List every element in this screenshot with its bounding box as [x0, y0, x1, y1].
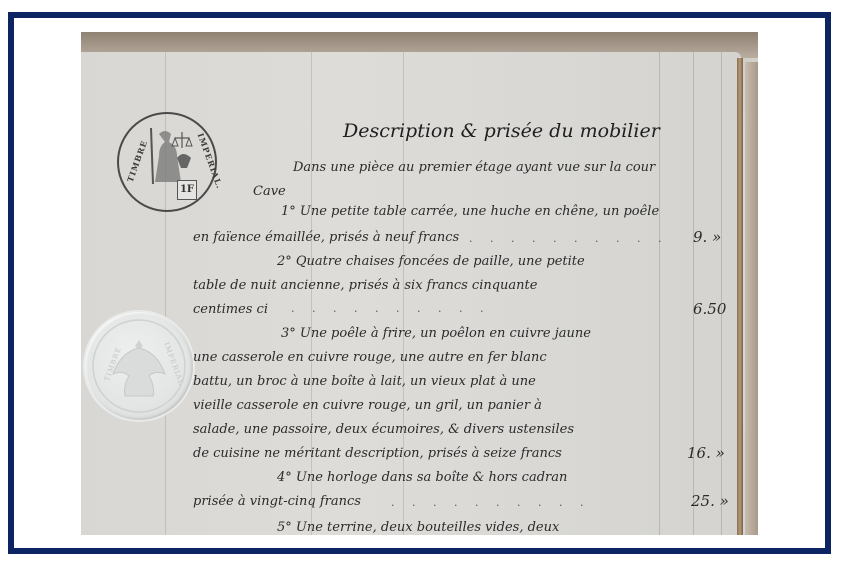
manuscript-line: salade, une passoire, deux écumoires, & … [193, 422, 574, 437]
manuscript-line: prisée à vingt-cinq francs [193, 494, 361, 509]
manuscript-line: Cave [253, 184, 286, 199]
amount-value: 6.50 [693, 300, 726, 318]
margin-ruling-line [693, 52, 694, 535]
margin-ruling-line [721, 52, 722, 535]
amount-value: 16. » [687, 444, 725, 462]
manuscript-line: en faïence émaillée, prisés à neuf franc… [193, 230, 459, 245]
manuscript-photo: TIMBRE IMPERIAL. 1F TIMBRE IMPERIAL Desc… [81, 32, 758, 535]
dot-leader: . . . . . . . . . . [391, 496, 590, 509]
page-stack-edge [745, 62, 758, 535]
page-edge [737, 58, 743, 535]
amount-value: 25. » [691, 492, 729, 510]
timbre-imperial-stamp: TIMBRE IMPERIAL. 1F [117, 112, 217, 212]
manuscript-line: 2° Quatre chaises foncées de paille, une… [277, 254, 585, 269]
manuscript-line: table de nuit ancienne, prisés à six fra… [193, 278, 537, 293]
amount-value: 9. » [693, 228, 721, 246]
manuscript-line: 3° Une poêle à frire, un poêlon en cuivr… [281, 326, 591, 341]
document-title: Description & prisée du mobilier [343, 120, 660, 142]
manuscript-line: vieille casserole en cuivre rouge, un gr… [193, 398, 542, 413]
dot-leader: . . . . . . . . . . [469, 232, 668, 245]
manuscript-line: 1° Une petite table carrée, une huche en… [281, 204, 659, 219]
manuscript-line: 5° Une terrine, deux bouteilles vides, d… [277, 520, 559, 535]
manuscript-line: Dans une pièce au premier étage ayant vu… [293, 160, 655, 175]
paper-fold-line [311, 52, 312, 535]
embossed-seal: TIMBRE IMPERIAL [85, 312, 193, 420]
manuscript-line: une casserole en cuivre rouge, une autre… [193, 350, 547, 365]
dot-leader: . . . . . . . . . . [291, 302, 490, 315]
manuscript-line: de cuisine ne méritant description, pris… [193, 446, 562, 461]
manuscript-line: 4° Une horloge dans sa boîte & hors cadr… [277, 470, 567, 485]
manuscript-line: centimes ci [193, 302, 268, 317]
manuscript-line: battu, un broc à une boîte à lait, un vi… [193, 374, 536, 389]
stamp-value: 1F [177, 180, 197, 200]
